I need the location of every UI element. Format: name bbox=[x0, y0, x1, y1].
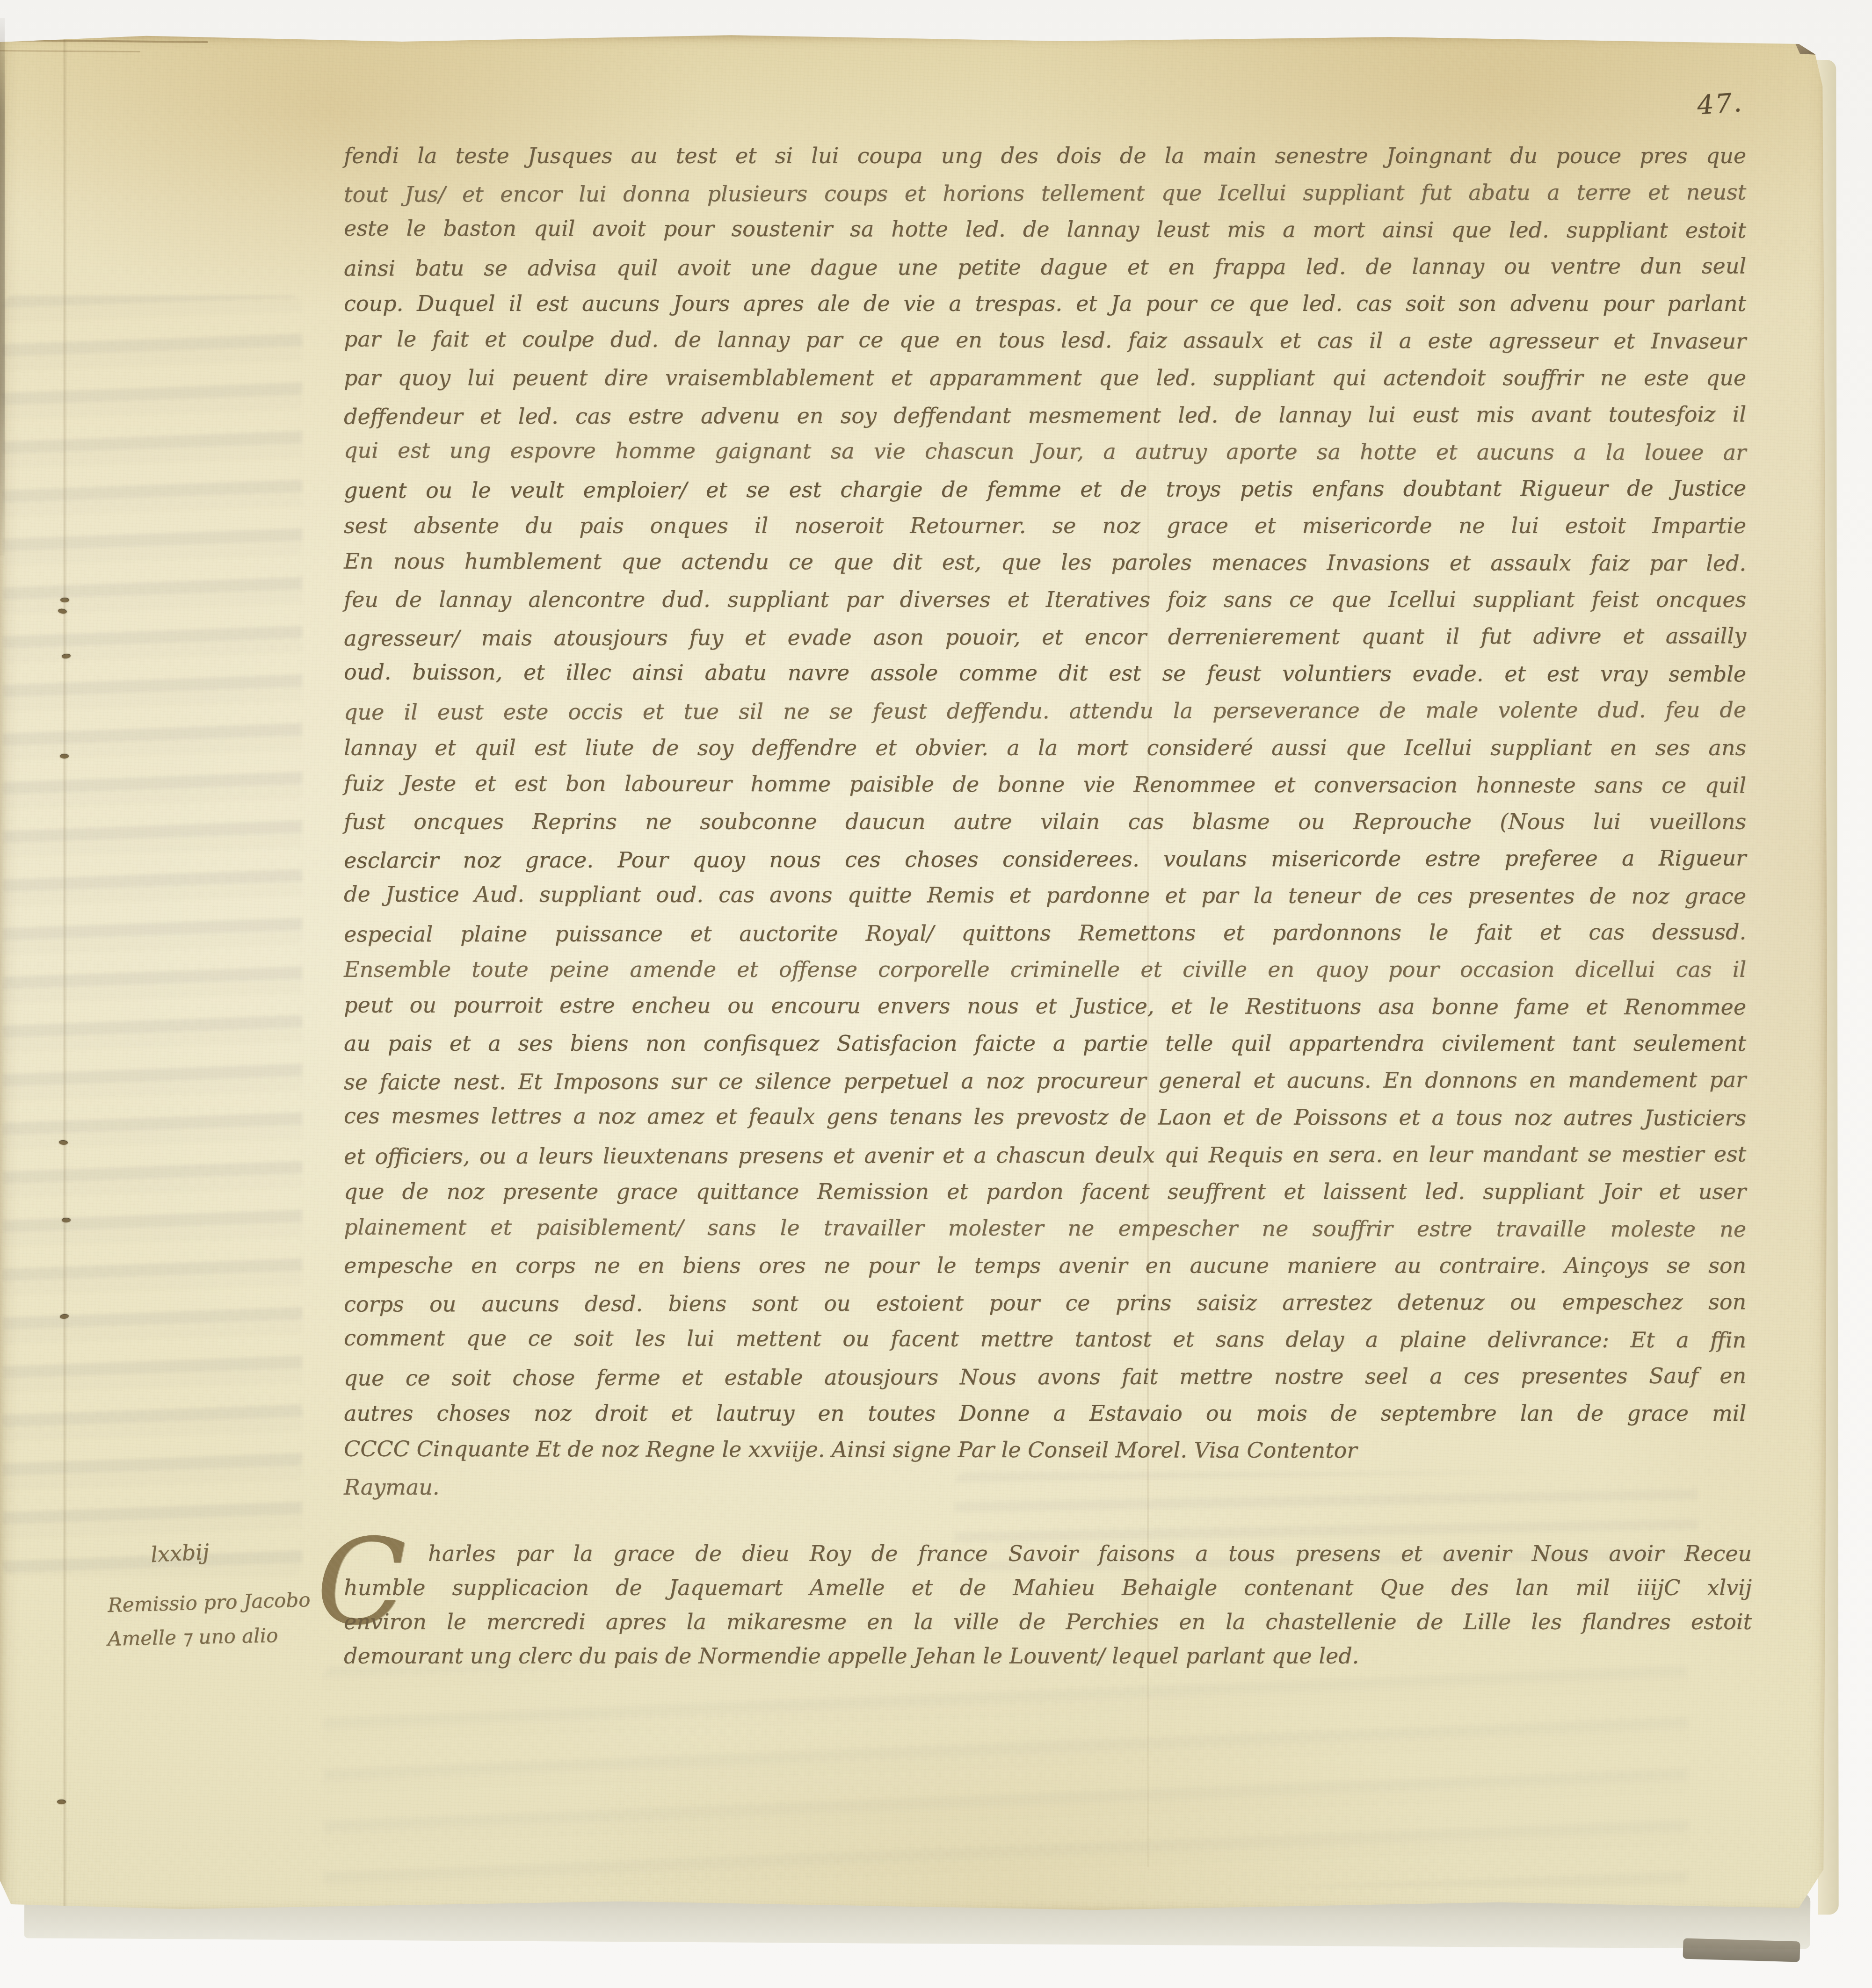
manuscript-line: se faicte nest. Et Imposons sur ce silen… bbox=[344, 1062, 1746, 1101]
manuscript-line: et officiers, ou a leurs lieuxtenans pre… bbox=[344, 1135, 1746, 1175]
manuscript-line: ainsi batu se advisa quil avoit une dagu… bbox=[344, 248, 1746, 287]
manuscript-scan: 47. fendi la teste Jusques au test et si… bbox=[0, 0, 1872, 1988]
stitch-hole bbox=[57, 1800, 66, 1804]
manuscript-line: tout Jus/ et encor lui donna plusieurs c… bbox=[344, 173, 1746, 213]
manuscript-line: lannay et quil est liute de soy deffendr… bbox=[344, 730, 1746, 766]
manuscript-line: feu de lannay alencontre dud. suppliant … bbox=[344, 581, 1746, 618]
manuscript-line: peut ou pourroit estre encheu ou encouru… bbox=[344, 987, 1746, 1026]
manuscript-line: En nous humblement que actendu ce que di… bbox=[344, 543, 1746, 582]
manuscript-line: fust oncques Reprins ne soubconne daucun… bbox=[344, 803, 1746, 840]
binding-edge-shadow bbox=[0, 18, 5, 556]
parchment-page: 47. fendi la teste Jusques au test et si… bbox=[0, 34, 1828, 1915]
manuscript-line: de Justice Aud. suppliant oud. cas avons… bbox=[344, 876, 1746, 915]
manuscript-line: par le fait et coulpe dud. de lannay par… bbox=[344, 321, 1746, 360]
manuscript-line: oud. buisson, et illec ainsi abatu navre… bbox=[344, 654, 1746, 693]
manuscript-line: deffendeur et led. cas estre advenu en s… bbox=[344, 396, 1746, 435]
manuscript-line: autres choses noz droit et lautruy en to… bbox=[344, 1395, 1746, 1432]
manuscript-line: qui est ung espovre homme gaignant sa vi… bbox=[344, 432, 1746, 471]
gutter-fold-line bbox=[63, 34, 67, 1915]
folio-number: 47. bbox=[1696, 87, 1744, 121]
manuscript-line: fendi la teste Jusques au test et si lui… bbox=[344, 137, 1746, 174]
stitch-hole bbox=[59, 1314, 69, 1319]
manuscript-line: corps ou aucuns desd. biens sont ou esto… bbox=[344, 1283, 1746, 1323]
stitch-hole bbox=[60, 754, 69, 759]
manuscript-line: coup. Duquel il est aucuns Jours apres a… bbox=[344, 285, 1746, 322]
manuscript-line: CCCC Cinquante Et de noz Regne le xxviij… bbox=[344, 1431, 1746, 1470]
manuscript-line: par quoy lui peuent dire vraisemblableme… bbox=[344, 360, 1746, 397]
underlying-folio-dark-chip bbox=[1683, 1938, 1800, 1962]
manuscript-line: este le baston quil avoit pour soustenir… bbox=[344, 210, 1746, 249]
manuscript-line: guent ou le veult emploier/ et se est ch… bbox=[344, 470, 1746, 509]
manuscript-line: fuiz Jeste et est bon laboureur homme pa… bbox=[344, 765, 1746, 804]
manuscript-line: esclarcir noz grace. Pour quoy nous ces … bbox=[344, 839, 1746, 879]
verso-showthrough-bottom bbox=[322, 1662, 1689, 1891]
manuscript-line: Ensemble toute peine amende et offense c… bbox=[344, 951, 1746, 988]
manuscript-line: environ le mercredi apres la mikaresme e… bbox=[344, 1605, 1752, 1639]
margin-note-rubric: Remissio pro Jacobo bbox=[107, 1588, 311, 1617]
manuscript-line: que ce soit chose ferme et estable atous… bbox=[344, 1357, 1746, 1396]
manuscript-line: que il eust este occis et tue sil ne se … bbox=[344, 692, 1746, 731]
remission-act-text-block: fendi la teste Jusques au test et si lui… bbox=[344, 137, 1746, 1506]
top-right-corner-chip bbox=[1794, 36, 1825, 56]
stitch-hole bbox=[62, 1218, 71, 1222]
verso-showthrough-left-margin bbox=[3, 296, 302, 1577]
manuscript-line: que de noz presente grace quittance Remi… bbox=[344, 1173, 1746, 1210]
top-left-page-edge-line bbox=[0, 50, 140, 52]
clerk-signature: Raymau. bbox=[344, 1469, 1746, 1506]
margin-note-rubric: Amelle ⁊ uno alio bbox=[108, 1624, 278, 1650]
margin-note-number: lxxbij bbox=[150, 1539, 210, 1567]
manuscript-line: empesche en corps ne en biens ores ne po… bbox=[344, 1247, 1746, 1284]
manuscript-line: comment que ce soit les lui mettent ou f… bbox=[344, 1320, 1746, 1359]
manuscript-line: sest absente du pais onques il noseroit … bbox=[344, 507, 1746, 544]
manuscript-line: au pais et a ses biens non confisquez Sa… bbox=[344, 1025, 1746, 1062]
manuscript-line: harles par la grace de dieu Roy de franc… bbox=[344, 1537, 1752, 1571]
manuscript-line: ces mesmes lettres a noz amez et feaulx … bbox=[344, 1098, 1746, 1137]
stitch-hole bbox=[60, 598, 69, 602]
manuscript-line: humble supplicacion de Jaquemart Amelle … bbox=[344, 1571, 1752, 1605]
top-left-page-edge-line bbox=[0, 39, 208, 43]
manuscript-line: especial plaine puissance et auctorite R… bbox=[344, 913, 1746, 953]
manuscript-line: demourant ung clerc du pais de Normendie… bbox=[344, 1639, 1752, 1673]
second-act-text-block: harles par la grace de dieu Roy de franc… bbox=[344, 1537, 1752, 1673]
manuscript-line: plainement et paisiblement/ sans le trav… bbox=[344, 1208, 1746, 1248]
manuscript-line: agresseur/ mais atousjours fuy et evade … bbox=[344, 618, 1746, 657]
stitch-hole bbox=[62, 653, 71, 659]
